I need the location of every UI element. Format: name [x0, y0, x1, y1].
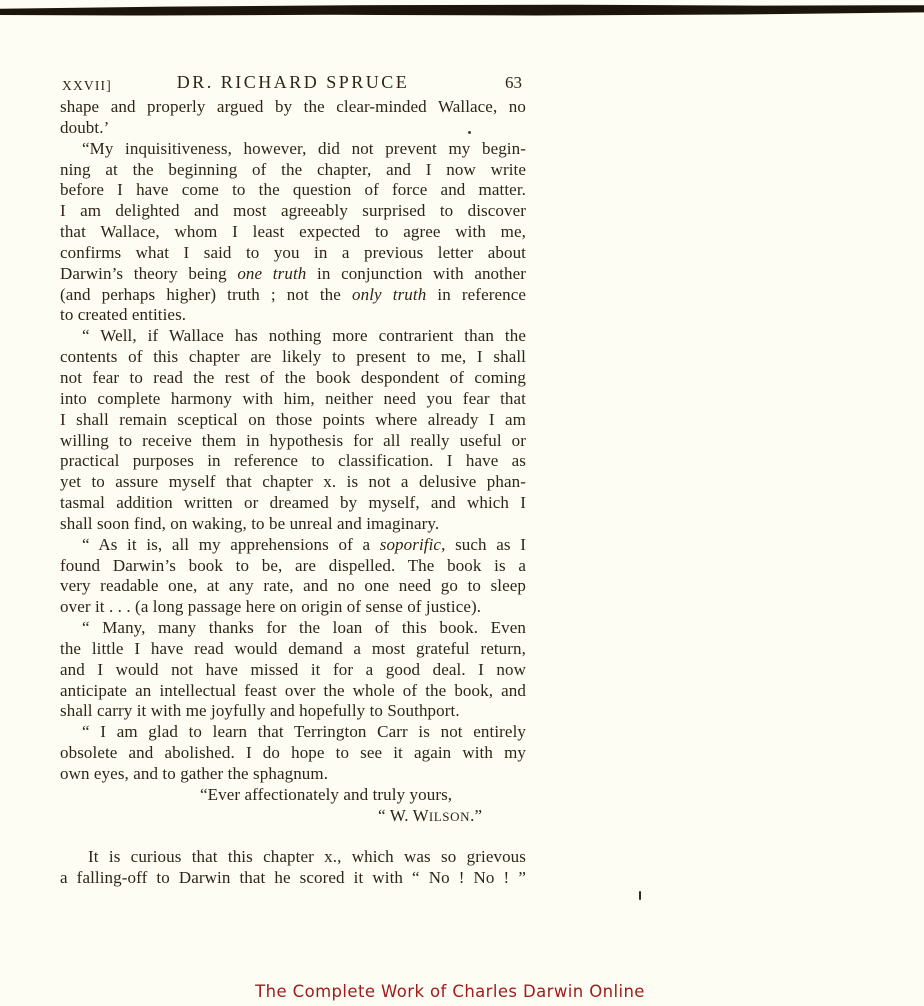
text-line: anticipate an intellectual feast over th… — [60, 681, 526, 702]
scan-speck-dot — [468, 131, 471, 134]
text-line: Darwin’s theory being one truth in conju… — [60, 264, 526, 285]
text-line: ning at the beginning of the chapter, an… — [60, 160, 526, 181]
scan-top-bar — [0, 4, 924, 16]
text-line: doubt.’ — [60, 118, 526, 139]
text-line: shall carry it with me joyfully and hope… — [60, 701, 526, 722]
text-line: I am delighted and most agreeably surpri… — [60, 201, 526, 222]
text-line: I shall remain sceptical on those points… — [60, 410, 526, 431]
text-line: a falling-off to Darwin that he scored i… — [60, 868, 526, 889]
text-line: “ I am glad to learn that Terrington Car… — [60, 722, 526, 743]
text-line: yet to assure myself that chapter x. is … — [60, 472, 526, 493]
page-header: XXVII] DR. RICHARD SPRUCE 63 — [60, 72, 526, 96]
text-line: “ Well, if Wallace has nothing more cont… — [60, 326, 526, 347]
text-line: tasmal addition written or dreamed by my… — [60, 493, 526, 514]
text-line: “Ever affectionately and truly yours, — [60, 785, 526, 806]
text-line: own eyes, and to gather the sphagnum. — [60, 764, 526, 785]
text-line: found Darwin’s book to be, are dispelled… — [60, 556, 526, 577]
footer-caption: The Complete Work of Charles Darwin Onli… — [0, 982, 900, 1001]
text-line: practical purposes in reference to class… — [60, 451, 526, 472]
text-line: confirms what I said to you in a previou… — [60, 243, 526, 264]
text-line: “ Many, many thanks for the loan of this… — [60, 618, 526, 639]
text-line: that Wallace, whom I least expected to a… — [60, 222, 526, 243]
text-line: contents of this chapter are likely to p… — [60, 347, 526, 368]
page-title: DR. RICHARD SPRUCE — [60, 72, 526, 93]
scanned-book-page: { "colors": { "paper": "#fdfdf4", "ink":… — [0, 0, 924, 1006]
text-line: It is curious that this chapter x., whic… — [60, 847, 526, 868]
text-line: into complete harmony with him, neither … — [60, 389, 526, 410]
text-line: to created entities. — [60, 305, 526, 326]
text-line: not fear to read the rest of the book de… — [60, 368, 526, 389]
text-line: and I would not have missed it for a goo… — [60, 660, 526, 681]
blank-line — [60, 827, 526, 848]
text-line: “ As it is, all my apprehensions of a so… — [60, 535, 526, 556]
text-line: “ W. WILSON.” — [60, 806, 526, 827]
page-number: 63 — [505, 73, 522, 93]
text-line: very readable one, at any rate, and no o… — [60, 576, 526, 597]
text-line: shape and properly argued by the clear-m… — [60, 97, 526, 118]
text-line: before I have come to the question of fo… — [60, 180, 526, 201]
text-line: “My inquisitiveness, however, did not pr… — [60, 139, 526, 160]
text-line: over it . . . (a long passage here on or… — [60, 597, 526, 618]
text-line: obsolete and abolished. I do hope to see… — [60, 743, 526, 764]
text-line: shall soon find, on waking, to be unreal… — [60, 514, 526, 535]
text-line: willing to receive them in hypothesis fo… — [60, 431, 526, 452]
page-body: shape and properly argued by the clear-m… — [60, 97, 526, 889]
scan-speck-tick — [639, 891, 641, 900]
text-line: (and perhaps higher) truth ; not the onl… — [60, 285, 526, 306]
text-line: the little I have read would demand a mo… — [60, 639, 526, 660]
